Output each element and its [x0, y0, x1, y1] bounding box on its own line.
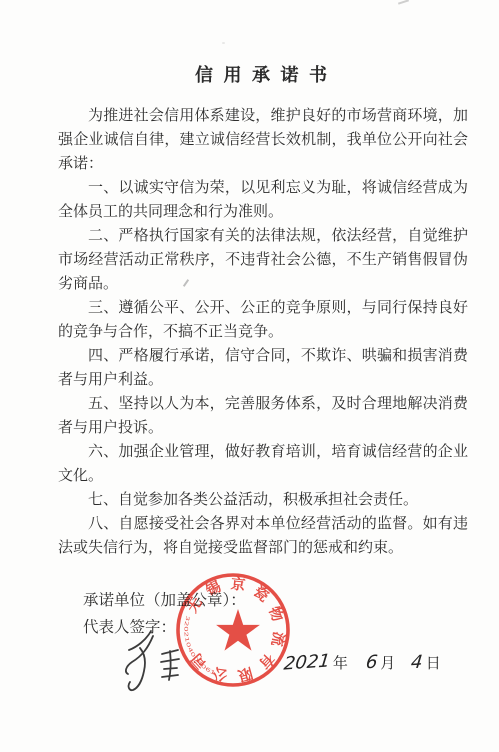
commitment-item-2: 二、严格执行国家有关的法律法规，依法经营，自觉维护市场经营活动正常秩序，不违背社…	[58, 224, 468, 296]
date-year-suffix: 年	[333, 652, 348, 673]
scan-artifact	[222, 42, 225, 44]
commitment-item-5: 五、坚持以人为本，完善服务体系，及时合理地解决消费者与用户投诉。	[58, 392, 468, 440]
scanned-document-page: 信 用 承 诺 书 为推进社会信用体系建设，维护良好的市场营商环境，加强企业诚信…	[0, 0, 499, 752]
intro-paragraph: 为推进社会信用体系建设，维护良好的市场营商环境，加强企业诚信自律，建立诚信经营长…	[58, 104, 468, 176]
scan-artifact	[398, 0, 409, 5]
date-month: 6	[365, 652, 379, 674]
date-month-suffix: 月	[380, 652, 395, 673]
commitment-item-4: 四、严格履行承诺，信守合同，不欺诈、哄骗和损害消费者与用户利益。	[58, 344, 468, 392]
commitment-item-6: 六、加强企业管理，做好教育培训，培育诚信经营的企业文化。	[58, 440, 468, 488]
document-body: 为推进社会信用体系建设，维护良好的市场营商环境，加强企业诚信自律，建立诚信经营长…	[58, 104, 468, 639]
seal-star-icon	[216, 609, 260, 651]
date-day-suffix: 日	[426, 652, 441, 673]
commitment-item-7: 七、自觉参加各类公益活动，积极承担社会责任。	[58, 488, 468, 512]
document-title: 信 用 承 诺 书	[26, 61, 499, 87]
date-day: 4	[410, 652, 424, 674]
date-line: 2021 年 6 月 4 日	[284, 652, 441, 673]
commitment-item-3: 三、遵循公平、公开、公正的竞争原则，与同行保持良好的竞争与合作，不搞不正当竞争。	[58, 296, 468, 344]
commitment-item-8: 八、自愿接受社会各界对本单位经营活动的监督。如有违法或失信行为，将自觉接受监督部…	[58, 512, 468, 560]
company-seal: 无锡京瓷物流有限公司 3202104004061	[172, 569, 294, 691]
commitment-item-1: 一、以诚实守信为荣，以见利忘义为耻，将诚信经营成为全体员工的共同理念和行为准则。	[58, 176, 468, 224]
